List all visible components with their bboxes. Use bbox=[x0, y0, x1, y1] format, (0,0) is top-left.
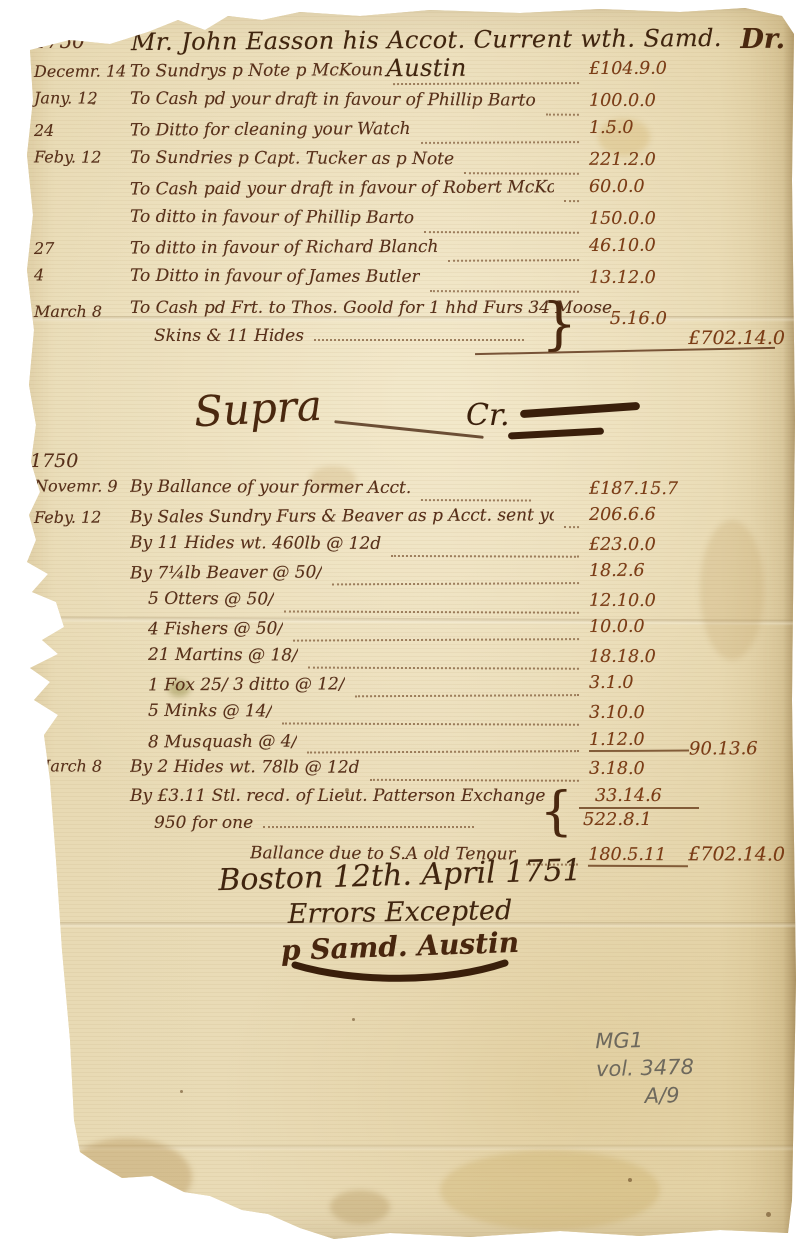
dot-leader bbox=[421, 141, 579, 144]
entry-description: 1 Fox 25/ 3 ditto @ 12/ bbox=[148, 674, 345, 695]
group-subtotal: 90.13.6 bbox=[689, 738, 785, 760]
debit-total: £702.14.0 bbox=[688, 327, 785, 349]
dot-leader bbox=[393, 82, 579, 85]
debit-year: 1750 bbox=[34, 29, 126, 53]
entry-description: By 7¼lb Beaver @ 50/ bbox=[130, 562, 322, 583]
entry-description: To Ditto in favour of James Butler bbox=[130, 265, 420, 286]
entry-amount: 1.12.0 bbox=[589, 730, 689, 753]
credit-abbreviation: Cr. bbox=[466, 398, 510, 433]
ledger-row: To Cash paid your draft in favour of Rob… bbox=[34, 176, 785, 209]
supra-label: Supra bbox=[193, 381, 323, 437]
ledger-row: Feby. 12 By Sales Sundry Furs & Beaver a… bbox=[34, 504, 785, 536]
ledger-row: 21 Martins @ 18/ 18.18.0 bbox=[34, 644, 785, 675]
entry-date bbox=[34, 194, 130, 195]
entry-description: By Sales Sundry Furs & Beaver as p Acct.… bbox=[130, 505, 554, 527]
credit-total: £702.14.0 bbox=[688, 843, 785, 865]
entry-amount: 100.0.0 bbox=[589, 90, 689, 110]
column-spacer bbox=[689, 519, 785, 520]
ledger-row: 4 To Ditto in favour of James Butler 13.… bbox=[34, 265, 785, 298]
dot-leader bbox=[293, 638, 579, 641]
entry-amount: 3.18.0 bbox=[589, 759, 689, 779]
debit-final-entry: March 8 To Cash pd Frt. to Thos. Goold f… bbox=[34, 298, 785, 362]
entry-amount: £104.9.0 bbox=[589, 59, 689, 80]
ledger-row: March 8 By 2 Hides wt. 78lb @ 12d 3.18.0 bbox=[34, 756, 785, 787]
entry-amount: 33.14.6 bbox=[579, 786, 699, 806]
entry-date: 4 bbox=[34, 265, 130, 284]
debit-section: Decemr. 14 To Sundrys p Note p McKoun £1… bbox=[34, 60, 785, 362]
dot-leader bbox=[546, 113, 579, 115]
ledger-row: 27 To ditto in favour of Richard Blanch … bbox=[34, 235, 785, 268]
archival-item: A/9 bbox=[644, 1081, 695, 1110]
entry-date: 24 bbox=[34, 120, 130, 140]
dot-leader bbox=[307, 750, 579, 753]
entry-amount: 46.10.0 bbox=[589, 236, 689, 257]
dot-leader bbox=[314, 339, 524, 341]
entry-date bbox=[34, 690, 130, 691]
entry-amount: £187.15.7 bbox=[541, 479, 689, 500]
dot-leader bbox=[332, 582, 579, 585]
entry-amount: 13.12.0 bbox=[589, 267, 689, 287]
entry-description: 5 Minks @ 14/ bbox=[148, 701, 272, 722]
column-spacer bbox=[689, 132, 785, 133]
entry-amount: 5.16.0 bbox=[610, 308, 667, 329]
entry-amount: 12.10.0 bbox=[589, 591, 689, 611]
entry-date bbox=[34, 747, 130, 748]
paper-top-edge-shading bbox=[120, 0, 799, 12]
entry-date: Novemr. 9 bbox=[34, 476, 130, 495]
entry-description: By 2 Hides wt. 78lb @ 12d bbox=[130, 757, 360, 778]
pen-flourish bbox=[520, 402, 640, 418]
entry-date: March 8 bbox=[34, 302, 130, 321]
curly-brace: } bbox=[541, 292, 577, 357]
entry-amount: 18.2.6 bbox=[589, 561, 689, 582]
entry-description: To Cash pd Frt. to Thos. Goold for 1 hhd… bbox=[130, 298, 785, 326]
dot-leader bbox=[355, 694, 579, 697]
column-spacer bbox=[689, 73, 785, 74]
ledger-row: 24 To Ditto for cleaning your Watch 1.5.… bbox=[34, 117, 785, 150]
entry-description: To Cash pd your draft in favour of Phill… bbox=[130, 88, 536, 110]
entry-description: To Cash paid your draft in favour of Rob… bbox=[130, 177, 554, 199]
credit-section: 1750 Novemr. 9 By Ballance of your forme… bbox=[34, 450, 785, 870]
closing-block: Boston 12th. April 1751 Errors Excepted … bbox=[168, 858, 632, 987]
entry-description: To Sundries p Capt. Tucker as p Note bbox=[130, 147, 454, 168]
entry-amount: 150.0.0 bbox=[589, 208, 689, 228]
entry-amount: 1.5.0 bbox=[589, 118, 689, 139]
entry-description: By 11 Hides wt. 460lb @ 12d bbox=[130, 533, 381, 554]
entry-description: To Sundrys p Note p McKoun bbox=[130, 60, 383, 81]
dot-leader bbox=[421, 499, 531, 501]
credit-heading: Supra Cr. bbox=[34, 384, 785, 456]
ledger-row: Novemr. 9 By Ballance of your former Acc… bbox=[34, 476, 785, 507]
dot-leader bbox=[564, 526, 579, 528]
entry-amount: £23.0.0 bbox=[589, 535, 689, 555]
archival-note: MG1 vol. 3478 A/9 bbox=[595, 1025, 695, 1112]
entry-amount: 3.1.0 bbox=[589, 673, 689, 694]
dot-leader bbox=[424, 230, 579, 233]
ledger-row: 4 Fishers @ 50/ 10.0.0 bbox=[34, 616, 785, 648]
ledger-content: 1750 Mr. John Easson his Accot. Current … bbox=[0, 0, 799, 1241]
dot-leader bbox=[449, 259, 580, 262]
entry-date: Jany. 12 bbox=[34, 88, 130, 107]
entry-description: By Ballance of your former Acct. bbox=[130, 477, 411, 498]
entry-date: Decemr. 14 bbox=[34, 61, 130, 81]
column-spacer bbox=[689, 687, 785, 688]
entry-description: To ditto in favour of Phillip Barto bbox=[130, 206, 414, 227]
column-spacer bbox=[689, 191, 785, 192]
exchange-amounts: 33.14.6 522.8.1 bbox=[579, 786, 699, 830]
entry-date: March 8 bbox=[34, 756, 130, 775]
column-spacer bbox=[689, 575, 785, 576]
ledger-row: 8 Musquash @ 4/ 1.12.0 90.13.6 bbox=[34, 728, 785, 760]
exchange-entry: By £3.11 Stl. recd. of Lieut. Patterson … bbox=[34, 786, 785, 842]
archival-fonds: MG1 bbox=[595, 1025, 694, 1056]
entry-date bbox=[34, 634, 130, 635]
ledger-row: 5 Otters @ 50/ 12.10.0 bbox=[34, 588, 785, 619]
entry-description-text: Skins & 11 Hides bbox=[154, 326, 304, 346]
manuscript-paper: 1750 Mr. John Easson his Accot. Current … bbox=[0, 0, 799, 1241]
running-total: 522.8.1 bbox=[579, 807, 699, 830]
entry-amount: 221.2.0 bbox=[589, 149, 689, 169]
entry-date: 27 bbox=[34, 238, 130, 258]
dot-leader bbox=[263, 826, 474, 828]
dot-leader bbox=[282, 722, 579, 725]
column-spacer bbox=[689, 631, 785, 632]
ledger-row: 1 Fox 25/ 3 ditto @ 12/ 3.1.0 bbox=[34, 672, 785, 704]
entry-amount: 60.0.0 bbox=[589, 177, 689, 198]
ledger-row: Jany. 12 To Cash pd your draft in favour… bbox=[34, 88, 785, 121]
entry-description: 4 Fishers @ 50/ bbox=[148, 619, 283, 640]
entry-description-continued: Skins & 11 Hides bbox=[154, 326, 534, 346]
dot-leader bbox=[464, 171, 579, 174]
entry-description: To ditto in favour of Richard Blanch bbox=[130, 237, 439, 259]
entry-description: 5 Otters @ 50/ bbox=[148, 589, 274, 610]
dot-leader bbox=[308, 667, 579, 670]
ledger-row: 5 Minks @ 14/ 3.10.0 bbox=[34, 700, 785, 731]
column-spacer bbox=[689, 250, 785, 251]
entry-amount: 10.0.0 bbox=[589, 617, 689, 638]
place-and-date: Boston 12th. April 1751 bbox=[168, 852, 633, 900]
entry-description: 21 Martins @ 18/ bbox=[148, 645, 298, 666]
ledger-row: By 11 Hides wt. 460lb @ 12d £23.0.0 bbox=[34, 532, 785, 563]
entry-date: Feby. 12 bbox=[34, 507, 130, 527]
ledger-row: Decemr. 14 To Sundrys p Note p McKoun £1… bbox=[34, 58, 785, 91]
dot-leader bbox=[391, 555, 579, 558]
dot-leader bbox=[284, 610, 579, 613]
entry-amount: 206.6.6 bbox=[589, 505, 689, 526]
entry-date: Feby. 12 bbox=[34, 147, 130, 166]
dot-leader bbox=[564, 200, 579, 202]
entry-amount: 18.18.0 bbox=[589, 647, 689, 667]
entry-amount: 3.10.0 bbox=[589, 703, 689, 723]
archival-volume: vol. 3478 bbox=[596, 1053, 695, 1084]
ledger-row: By 7¼lb Beaver @ 50/ 18.2.6 bbox=[34, 560, 785, 592]
ledger-row: Feby. 12 To Sundries p Capt. Tucker as p… bbox=[34, 147, 785, 180]
entry-description: To Ditto for cleaning your Watch bbox=[130, 119, 411, 140]
pen-flourish bbox=[508, 427, 604, 439]
ledger-row: To ditto in favour of Phillip Barto 150.… bbox=[34, 206, 785, 239]
entry-description: 8 Musquash @ 4/ bbox=[148, 732, 297, 753]
debit-abbreviation: Dr. bbox=[727, 24, 785, 55]
pen-flourish bbox=[334, 420, 483, 439]
entry-description-text: 950 for one bbox=[154, 813, 253, 833]
curly-brace: { bbox=[540, 782, 573, 842]
entry-date bbox=[34, 578, 130, 579]
entry-description-continued: 950 for one bbox=[154, 813, 484, 833]
credit-year: 1750 bbox=[30, 450, 785, 478]
